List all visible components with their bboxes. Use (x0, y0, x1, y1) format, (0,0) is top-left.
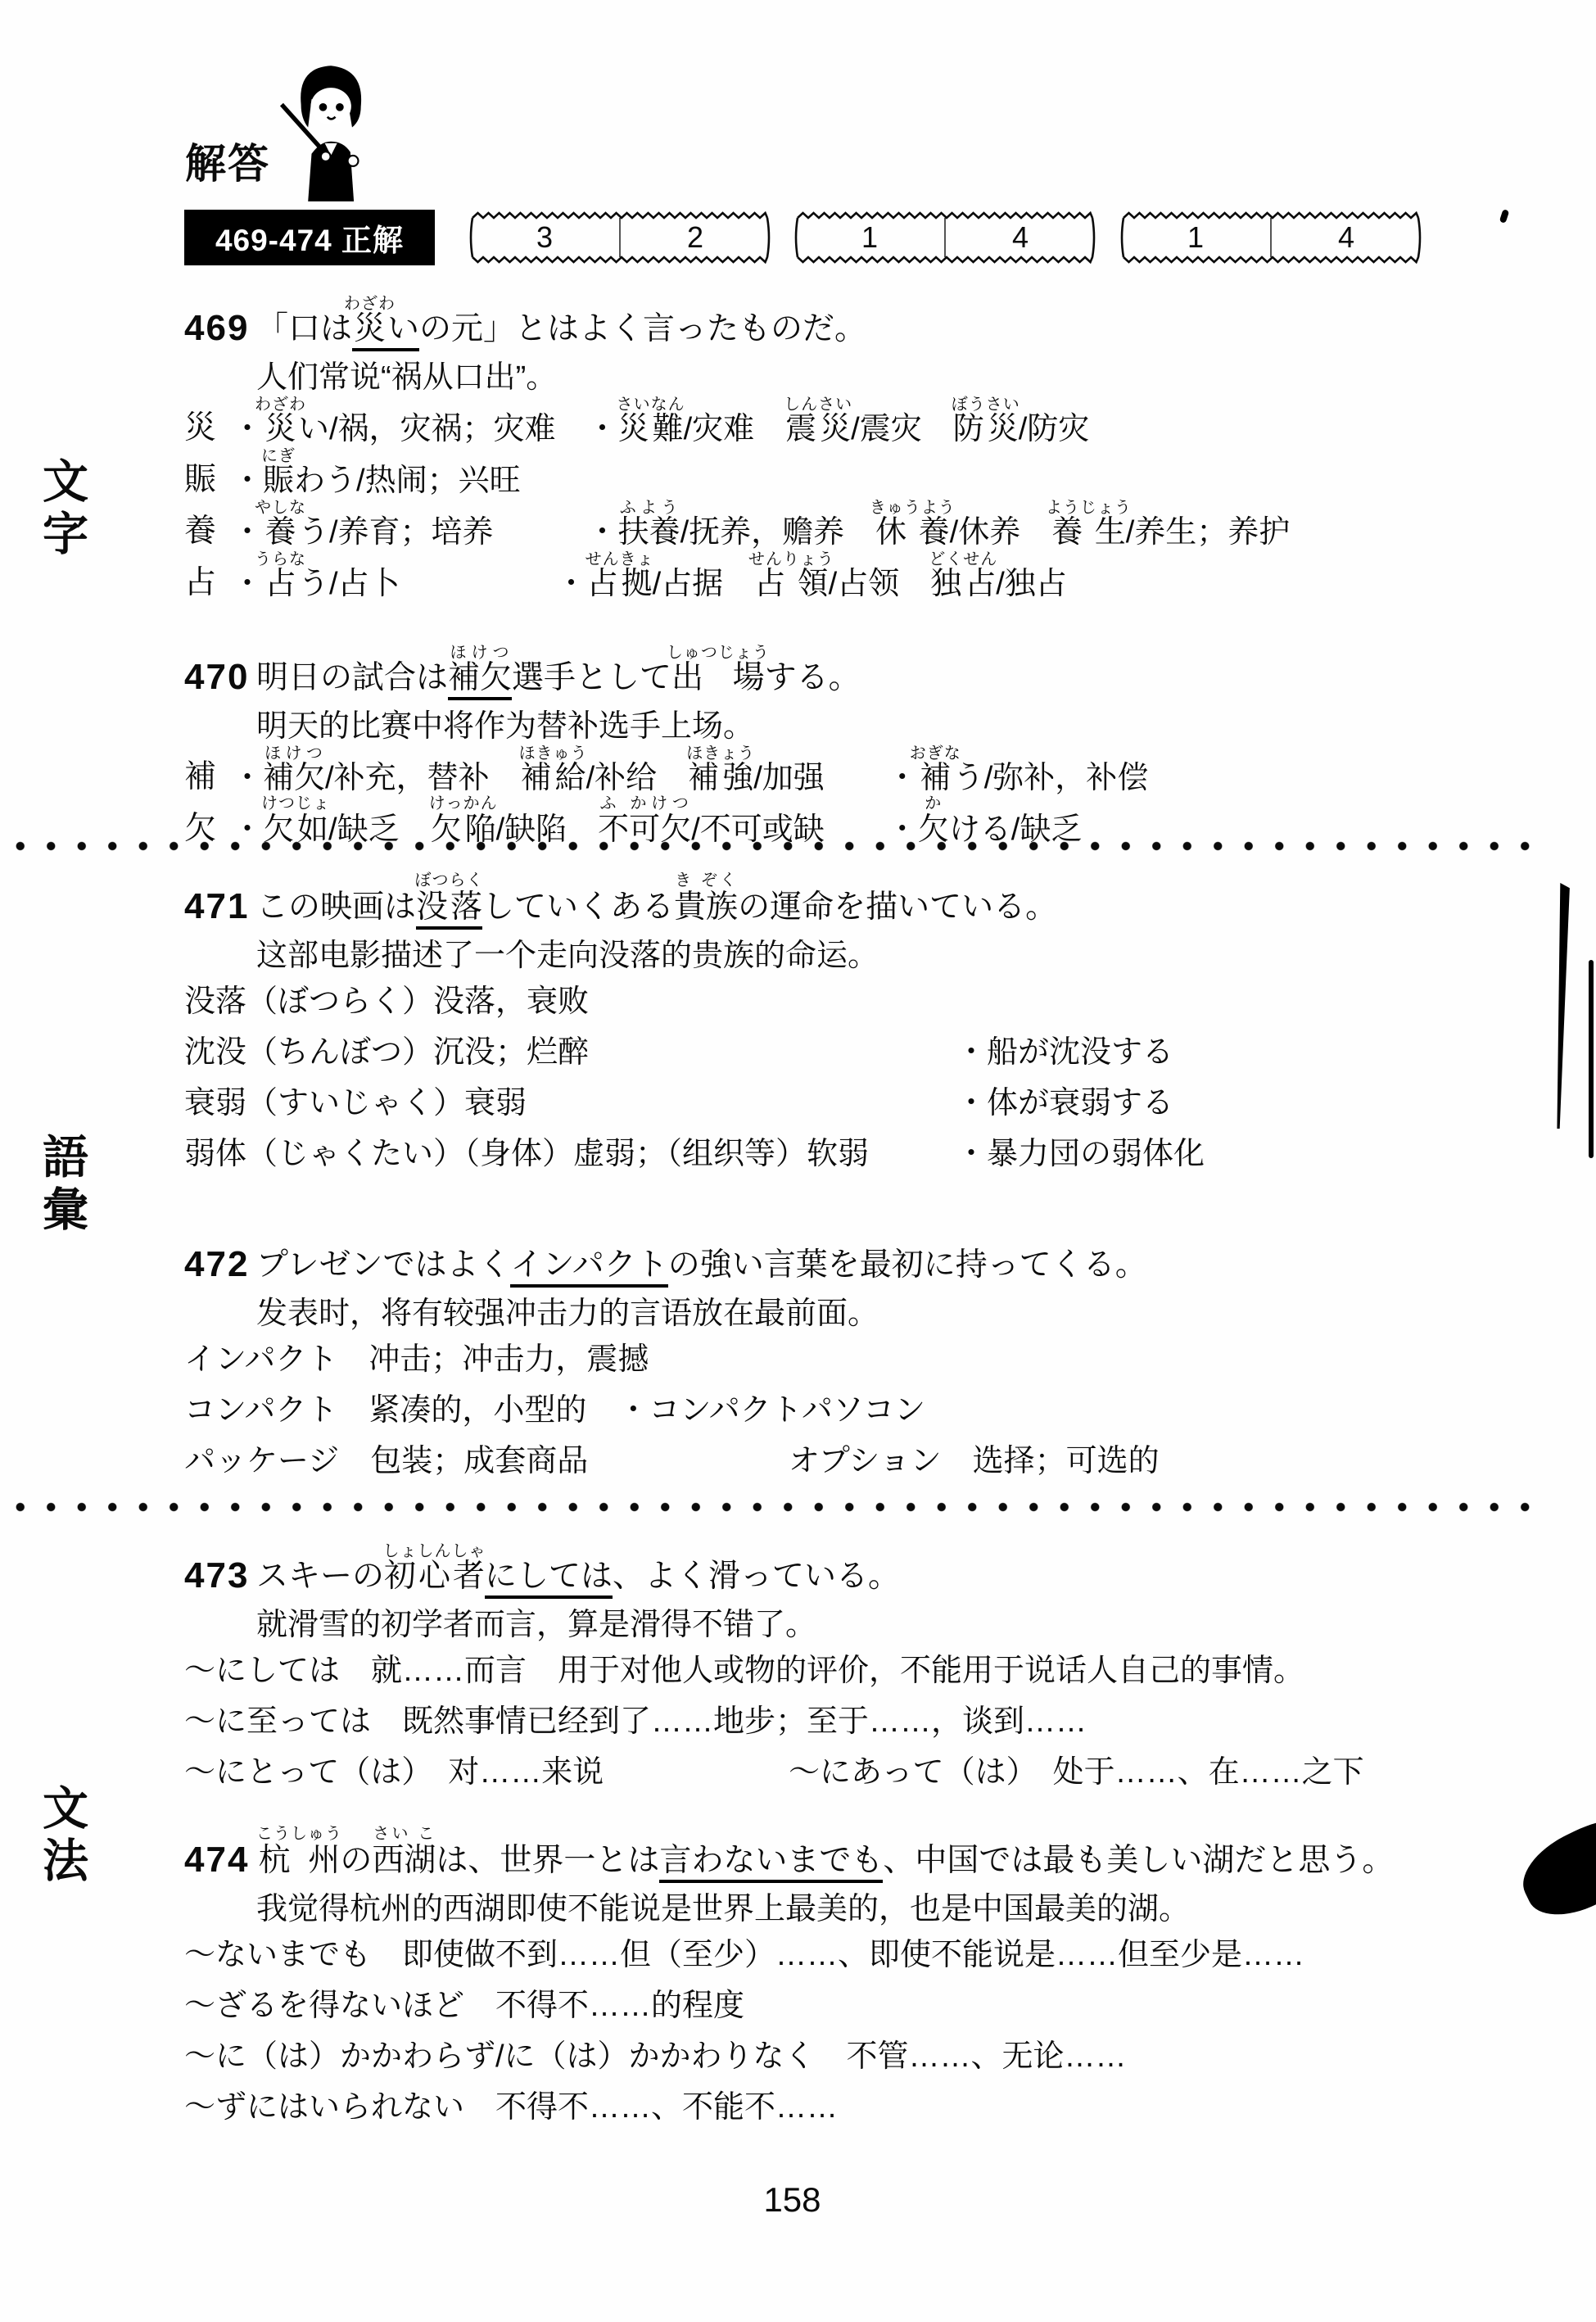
entry-line: ・補欠ほけつ/补充，替补 補給ほきゅう/补给 補強ほきょう/加强 ・補おぎなう/… (232, 745, 1148, 797)
sidebar-label-goi: 語彙 (39, 1133, 85, 1238)
gloss-row: ～にとって（は） 对……来说～にあって（は） 处于……、在……之下 (184, 1745, 1466, 1796)
gloss-example: ・暴力団の弱体化 (956, 1128, 1205, 1173)
entry-kanji: 賑 (184, 454, 232, 500)
gloss-left: ～にしては 就……而言 用于对他人或物的评价，不能用于说话人自己的事情。 (184, 1645, 1304, 1690)
entry-kanji: 災 (184, 402, 232, 448)
question-number: 469 (184, 308, 256, 349)
answer-value: 4 (1271, 211, 1422, 264)
sidebar-label-bunpo: 文法 (39, 1784, 85, 1889)
gloss-row: ～にしては 就……而言 用于对他人或物的评价，不能用于说话人自己的事情。 (184, 1644, 1466, 1695)
question-number: 471 (184, 886, 256, 927)
question-471: 471 この映画は没落ぼつらくしていくある貴族き ぞくの運命を描いている。 这部… (184, 867, 1466, 1178)
gloss-row: ～ずにはいられない 不得不……、不能不…… (184, 2080, 1466, 2131)
gloss-row: ～ないまでも 即使做不到……但（至少）……、即使不能说是……但至少是…… (184, 1928, 1466, 1979)
gloss-row: コンパクト 紧凑的，小型的 ・コンパクトパソコン (184, 1383, 1466, 1434)
dotted-divider (5, 840, 1541, 852)
answer-value: 3 (469, 211, 620, 264)
entry-line: ・災わざわい/祸，灾祸；灾难 ・災難さいなん/灾难 震災しんさい/震灾 防災ぼう… (232, 396, 1089, 448)
question-number: 473 (184, 1555, 256, 1596)
answer-key-label: 469-474 正解 (184, 210, 435, 265)
question-473: 473 スキーの初心者しょしんしゃにしては、よく滑っている。 就滑雪的初学者而言… (184, 1536, 1466, 1796)
gloss-row: ～に（は）かかわらず/に（は）かかわりなく 不管……、无论…… (184, 2030, 1466, 2080)
sidebar-label-moji: 文字 (39, 457, 85, 562)
entry-kanji: 補 (184, 751, 232, 797)
vocab-row: 補・補欠ほけつ/补充，替补 補給ほきゅう/补给 補強ほきょう/加强 ・補おぎなう… (184, 745, 1466, 797)
entry-line: ・賑にぎわう/热闹；兴旺 (232, 447, 521, 500)
answer-value: 4 (945, 211, 1096, 264)
gloss-row: 衰弱（すいじゃく）衰弱・体が衰弱する (184, 1076, 1466, 1127)
entry-line: ・養やしなう/养育；培养 ・扶養ふよう/抚养，赡养 休養きゅうよう/休养 養生よ… (232, 499, 1290, 551)
teacher-girl-icon (274, 62, 385, 203)
question-number: 470 (184, 657, 256, 698)
question-sentence: 杭 州こうしゅうの西湖さい こは、世界一とは言わないまでも、中国では最も美しい湖… (256, 1825, 1394, 1881)
vocab-row: 養・養やしなう/养育；培养 ・扶養ふよう/抚养，赡养 休養きゅうよう/休养 養生… (184, 500, 1466, 551)
answer-box-3: 1 4 (1120, 211, 1422, 264)
gloss-left: ～に（は）かかわらず/に（は）かかわりなく 不管……、无论…… (184, 2030, 1127, 2075)
gloss-left: 衰弱（すいじゃく）衰弱 (184, 1077, 527, 1122)
question-sentence: この映画は没落ぼつらくしていくある貴族き ぞくの運命を描いている。 (256, 871, 1057, 927)
gloss-right: オプション 选择；可选的 (789, 1435, 1160, 1480)
gloss-example: ・体が衰弱する (956, 1077, 1173, 1122)
answer-value: 1 (1120, 211, 1271, 264)
entry-kanji: 占 (184, 557, 232, 603)
question-470: 470 明日の試合は補欠ほけつ選手として出 場しゅつじょうする。 明天的比赛中将… (184, 637, 1466, 849)
page-number: 158 (0, 2180, 1585, 2220)
entry-line: ・占うらなう/占卜 ・占拠せんきょ/占据 占領せんりょう/占领 独占どくせん/独… (232, 550, 1067, 603)
dotted-divider (5, 1501, 1541, 1513)
gloss-left: ～に至っては 既然事情已经到了……地步；至于……，谈到…… (184, 1695, 1087, 1740)
gloss-left: ～ざるを得ないほど 不得不……的程度 (184, 1980, 744, 2025)
question-translation: 人们常说“祸从口出”。 (184, 349, 1466, 396)
gloss-right: ～にあって（は） 处于……、在……之下 (789, 1746, 1364, 1791)
ink-mark (1499, 209, 1510, 224)
question-sentence: 「口は災わざわいの元」とはよく言ったものだ。 (256, 295, 866, 349)
question-translation: 明天的比赛中将作为替补选手上场。 (184, 698, 1466, 745)
answer-section-stamp: 解答 (185, 131, 270, 190)
question-sentence: スキーの初心者しょしんしゃにしては、よく滑っている。 (256, 1542, 900, 1596)
ink-blob (1510, 1801, 1596, 1930)
answer-box-1: 3 2 (469, 211, 771, 264)
vocab-row: 占・占うらなう/占卜 ・占拠せんきょ/占据 占領せんりょう/占领 独占どくせん/… (184, 551, 1466, 603)
gloss-left: 没落（ぼつらく）没落，衰败 (184, 975, 589, 1021)
question-474: 474 杭 州こうしゅうの西湖さい こは、世界一とは言わないまでも、中国では最も… (184, 1820, 1466, 2131)
question-number: 474 (184, 1840, 256, 1881)
question-number: 472 (184, 1244, 256, 1285)
vocab-row: 災・災わざわい/祸，灾祸；灾难 ・災難さいなん/灾难 震災しんさい/震灾 防災ぼ… (184, 396, 1466, 448)
question-translation: 这部电影描述了一个走向没落的贵族的命运。 (184, 927, 1466, 975)
gloss-row: ～に至っては 既然事情已经到了……地步；至于……，谈到…… (184, 1695, 1466, 1745)
gloss-left: パッケージ 包装；成套商品 (184, 1435, 588, 1480)
question-translation: 发表时，将有较强冲击力的言语放在最前面。 (184, 1285, 1466, 1333)
gloss-row: パッケージ 包装；成套商品オプション 选择；可选的 (184, 1434, 1466, 1485)
question-472: 472 プレゼンではよくインパクトの強い言葉を最初に持ってくる。 发表时，将有较… (184, 1224, 1466, 1485)
gloss-left: ～ないまでも 即使做不到……但（至少）……、即使不能说是……但至少是…… (184, 1929, 1304, 1974)
gloss-example: ・船が沈没する (956, 1026, 1173, 1071)
gloss-row: 没落（ぼつらく）没落，衰败 (184, 975, 1466, 1025)
gloss-left: 弱体（じゃくたい）（身体）虚弱；（组织等）软弱 (184, 1128, 869, 1173)
gloss-row: インパクト 冲击；冲击力，震撼 (184, 1333, 1466, 1383)
vocab-row: 賑・賑にぎわう/热闹；兴旺 (184, 448, 1466, 500)
gloss-row: 弱体（じゃくたい）（身体）虚弱；（组织等）软弱・暴力団の弱体化 (184, 1127, 1466, 1178)
ink-streak (1549, 883, 1571, 1129)
gloss-left: ～にとって（は） 对……来说 (184, 1746, 604, 1791)
answer-value: 2 (620, 211, 771, 264)
gloss-row: ～ざるを得ないほど 不得不……的程度 (184, 1979, 1466, 2030)
question-translation: 我觉得杭州的西湖即使不能说是世界上最美的，也是中国最美的湖。 (184, 1881, 1466, 1928)
answer-value: 1 (794, 211, 945, 264)
answer-key-row: 469-474 正解 3 2 1 4 1 4 (184, 210, 1429, 269)
gloss-row: 沈没（ちんぼつ）沉没；烂醉・船が沈没する (184, 1025, 1466, 1076)
entry-kanji: 養 (184, 505, 232, 551)
answer-box-2: 1 4 (794, 211, 1096, 264)
textbook-answer-page: 文字 語彙 文法 解答 469-474 正解 3 2 1 4 1 4 (0, 0, 1596, 2322)
gloss-left: ～ずにはいられない 不得不……、不能不…… (184, 2081, 838, 2126)
question-sentence: プレゼンではよくインパクトの強い言葉を最初に持ってくる。 (256, 1239, 1147, 1285)
gloss-left: インパクト 冲击；冲击力，震撼 (184, 1333, 649, 1378)
question-sentence: 明日の試合は補欠ほけつ選手として出 場しゅつじょうする。 (256, 644, 861, 698)
question-469: 469 「口は災わざわいの元」とはよく言ったものだ。 人们常说“祸从口出”。 災… (184, 288, 1466, 603)
ink-streak (1589, 960, 1594, 1158)
gloss-left: 沈没（ちんぼつ）沉没；烂醉 (184, 1026, 589, 1071)
gloss-left: コンパクト 紧凑的，小型的 ・コンパクトパソコン (184, 1384, 925, 1429)
question-translation: 就滑雪的初学者而言，算是滑得不错了。 (184, 1596, 1466, 1644)
